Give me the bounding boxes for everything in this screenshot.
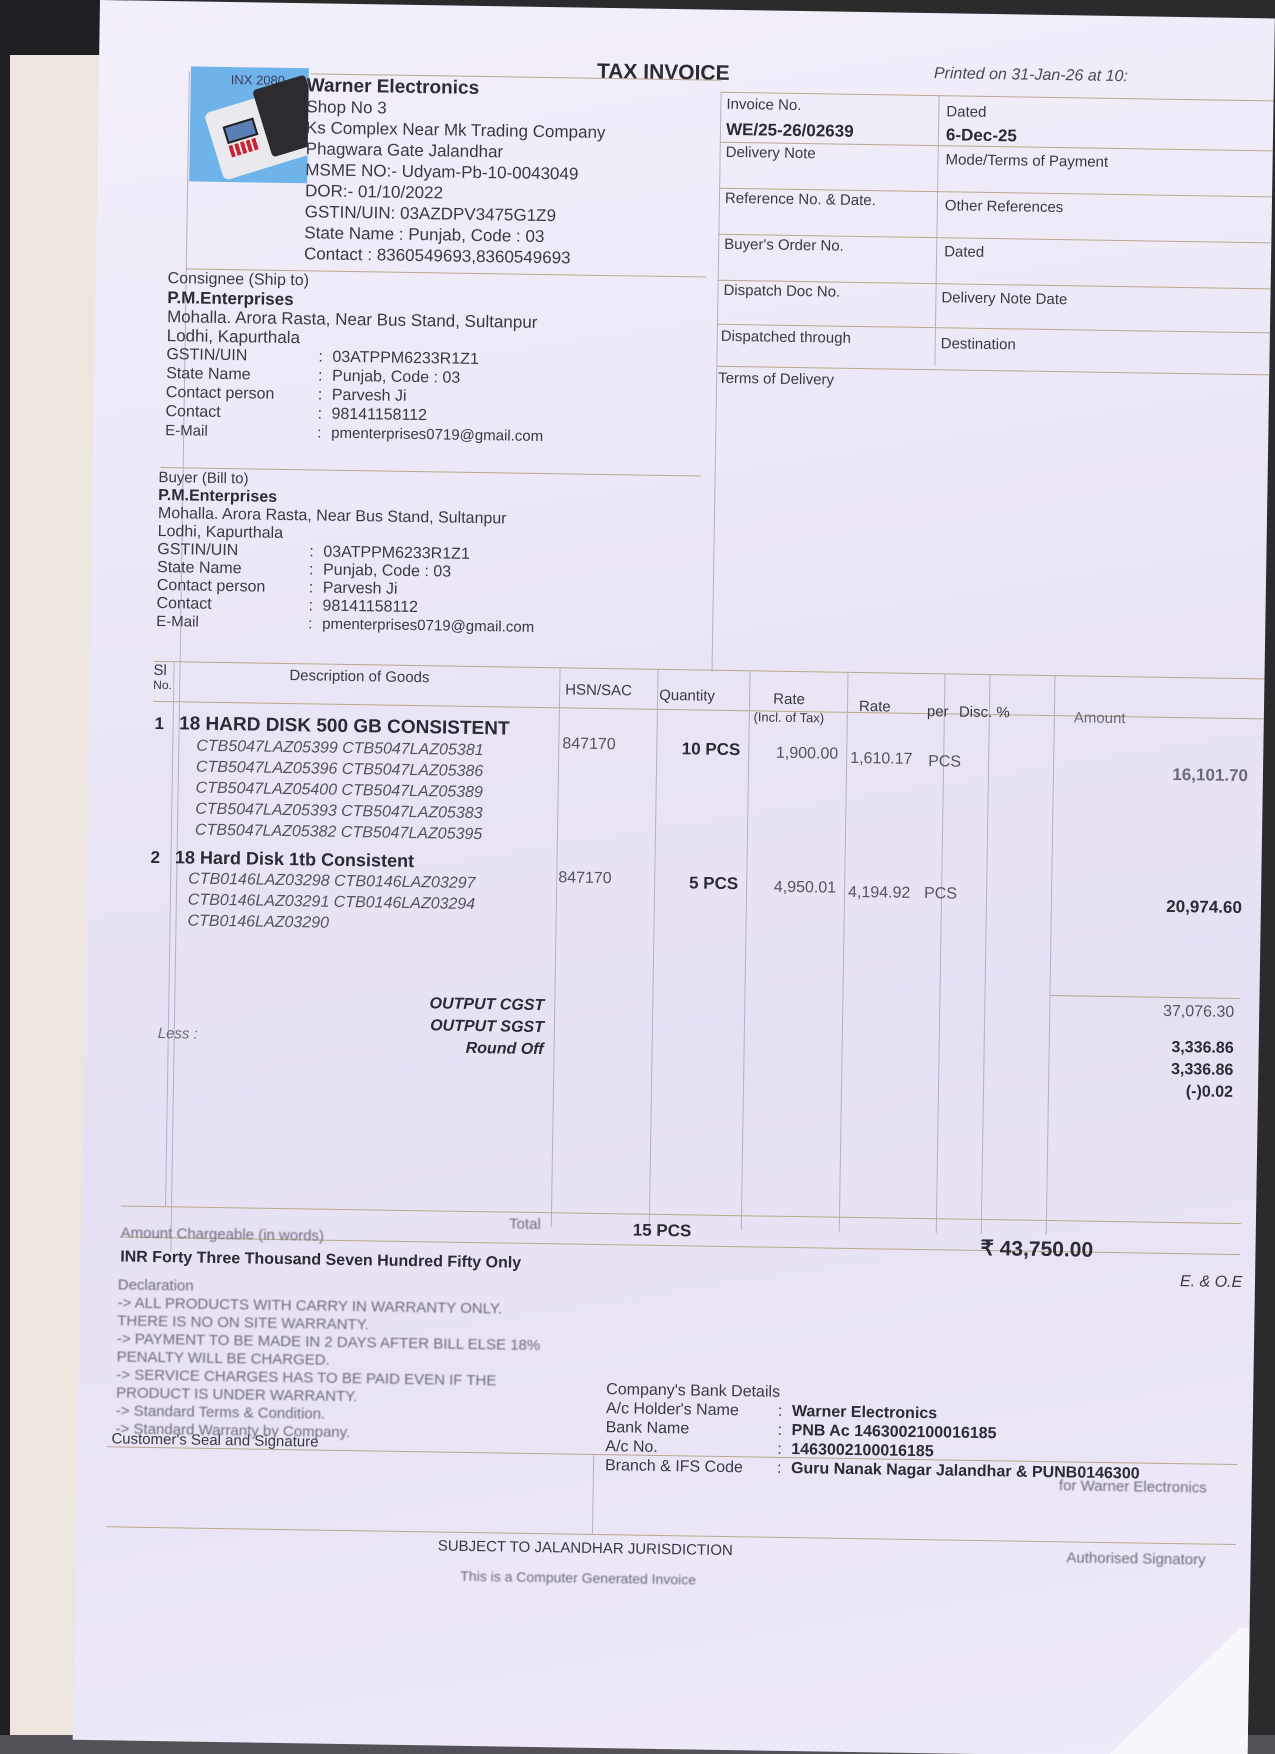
row-amount: 16,101.70 [1048,763,1248,786]
col-rate: Rate [859,698,891,715]
item-serials: CTB5047LAZ05399 CTB5047LAZ05381 CTB5047L… [195,736,510,846]
tax-amounts: 3,336.86 3,336.86 (-)0.02 [1043,1035,1234,1104]
seller-contact: Contact : 8360549693,8360549693 [304,243,604,269]
invoice-no: WE/25-26/02639 [726,120,854,142]
row-hsn: 847170 [562,735,616,754]
divider [721,92,1274,102]
table-row: 1 18 HARD DISK 500 GB CONSISTENT CTB5047… [153,713,510,846]
table-row: 2 18 Hard Disk 1tb Consistent CTB0146LAZ… [149,847,476,936]
col-amount: Amount [1074,709,1126,727]
amount-in-words: INR Forty Three Thousand Seven Hundred F… [120,1248,521,1272]
invoice-no-label: Invoice No. [726,96,801,114]
col-sl: Sl No. [153,663,172,693]
row-rate-incl-tax: 4,950.01 [746,878,836,897]
destination-label: Destination [941,335,1016,353]
invoice-paper: TAX INVOICE Printed on 31-Jan-26 at 10: … [73,0,1275,1754]
order-dated-label: Dated [944,243,984,261]
terms-of-delivery-label: Terms of Delivery [718,370,834,389]
row-sl: 2 [150,848,170,868]
row-amount: 20,974.60 [1046,895,1242,918]
col-rate-incl-tax: Rate (Incl. of Tax) [739,690,840,728]
dispatch-doc-label: Dispatch Doc No. [723,282,840,301]
document-title: TAX INVOICE [597,60,730,86]
paper-fold-corner [1098,1626,1250,1754]
jurisdiction-text: SUBJECT TO JALANDHAR JURISDICTION [438,1537,733,1559]
divider [551,667,561,1227]
divider [592,1454,594,1534]
for-company-label: for Warner Electronics [957,1476,1207,1497]
seller-block: Warner Electronics Shop No 3 Ks Complex … [304,75,606,269]
authorised-signatory-label: Authorised Signatory [956,1548,1206,1569]
dispatched-through-label: Dispatched through [721,328,851,347]
divider [1046,675,1056,1235]
col-description: Description of Goods [289,667,429,686]
divider [981,674,991,1234]
col-hsn: HSN/SAC [565,681,632,699]
tax-labels: OUTPUT CGST OUTPUT SGST Round Off [343,992,544,1061]
customer-seal-label: Customer's Seal and Signature [111,1430,318,1450]
divider [649,669,659,1229]
buyer-block: Buyer (Bill to) P.M.Enterprises Mohalla.… [156,469,536,637]
row-rate: 4,194.92 [848,884,911,903]
payment-terms-label: Mode/Terms of Payment [945,151,1108,171]
row-per: PCS [924,885,957,904]
col-quantity: Quantity [659,687,715,705]
computer-generated-note: This is a Computer Generated Invoice [460,1568,696,1588]
less-label: Less : [158,1025,198,1043]
row-per: PCS [928,753,961,772]
dated-label: Dated [946,103,986,121]
company-logo: INX 2080 [189,66,309,183]
total-amount: ₹ 43,750.00 [980,1236,1093,1263]
total-label: Total [441,1215,541,1234]
col-per: per [927,703,949,720]
divider [934,95,939,365]
item-serials: CTB0146LAZ03298 CTB0146LAZ03297 CTB0146L… [187,868,475,936]
printed-on: Printed on 31-Jan-26 at 10: [934,65,1128,86]
declaration-block: Declaration -> ALL PRODUCTS WITH CARRY I… [115,1276,541,1445]
consignee-block: Consignee (Ship to) P.M.Enterprises Moha… [165,269,546,446]
delivery-note-date-label: Delivery Note Date [941,289,1067,308]
row-quantity: 10 PCS [658,739,740,760]
invoice-date: 6-Dec-25 [946,125,1017,146]
row-sl: 1 [154,714,174,734]
other-references-label: Other References [945,197,1064,216]
buyers-order-label: Buyer's Order No. [724,236,844,255]
row-hsn: 847170 [558,869,612,888]
bank-details: Company's Bank Details A/c Holder's Name… [605,1380,1141,1483]
col-discount: Disc. % [959,704,1010,722]
delivery-note-label: Delivery Note [726,144,816,162]
row-rate-incl-tax: 1,900.00 [748,744,838,763]
eoe-note: E. & O.E [1180,1273,1243,1292]
row-quantity: 5 PCS [656,873,738,894]
total-quantity: 15 PCS [633,1221,692,1242]
divider [839,672,849,1232]
divider [1049,995,1239,999]
currency-counting-machine-icon [204,84,309,180]
reference-label: Reference No. & Date. [725,190,876,209]
amount-in-words-label: Amount Chargeable (in words) [121,1224,325,1244]
item-description: 18 Hard Disk 1tb Consistent [175,847,414,871]
row-rate: 1,610.17 [850,750,913,769]
subtotal-amount: 37,076.30 [1044,1001,1234,1022]
